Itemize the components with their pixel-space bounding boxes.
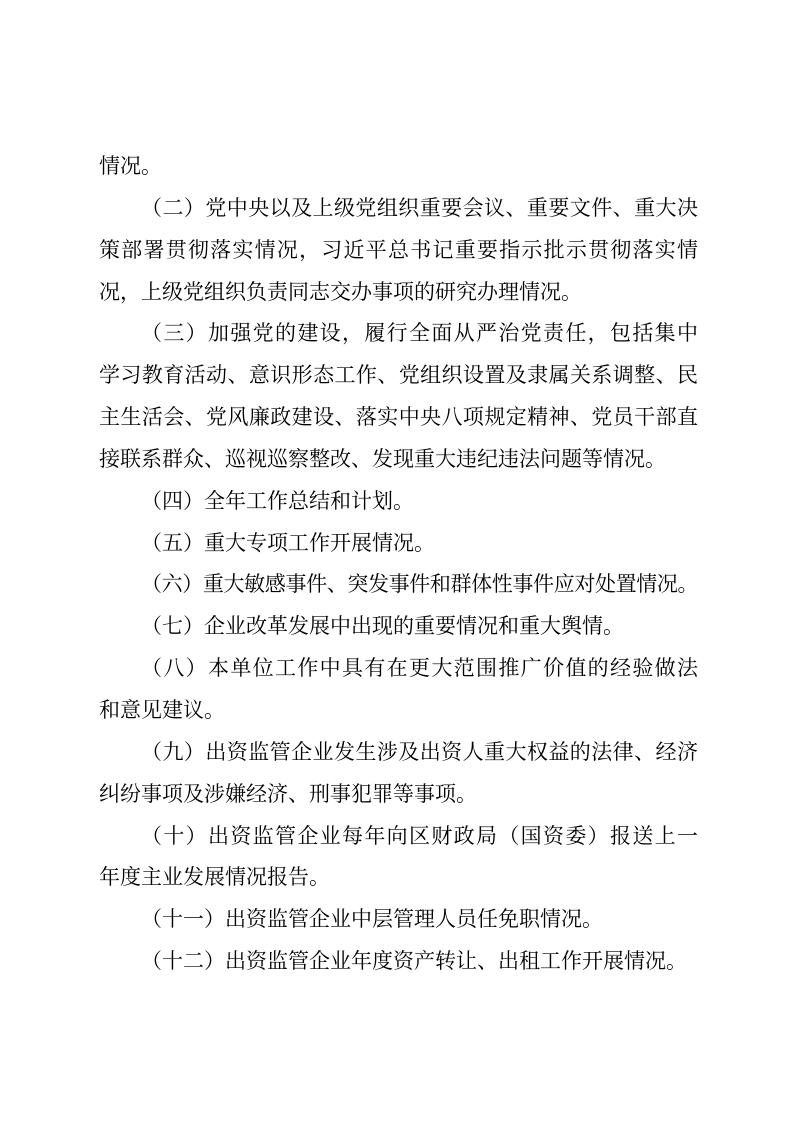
doc-line: （九）出资监管企业发生涉及出资人重大权益的法律、经济 bbox=[99, 732, 698, 774]
doc-line: 策部署贯彻落实情况，习近平总书记重要指示批示贯彻落实情 bbox=[99, 230, 698, 272]
doc-line: （四）全年工作总结和计划。 bbox=[99, 481, 698, 523]
doc-line: （十）出资监管企业每年向区财政局（国资委）报送上一 bbox=[99, 816, 698, 858]
doc-line: （二）党中央以及上级党组织重要会议、重要文件、重大决 bbox=[99, 188, 698, 230]
document-page: 情况。（二）党中央以及上级党组织重要会议、重要文件、重大决策部署贯彻落实情况，习… bbox=[0, 0, 793, 1122]
doc-line: 况，上级党组织负责同志交办事项的研究办理情况。 bbox=[99, 272, 698, 314]
doc-line: （八）本单位工作中具有在更大范围推广价值的经验做法 bbox=[99, 648, 698, 690]
doc-line: （十二）出资监管企业年度资产转让、出租工作开展情况。 bbox=[99, 941, 698, 983]
doc-line: （三）加强党的建设，履行全面从严治党责任，包括集中 bbox=[99, 313, 698, 355]
doc-line: 情况。 bbox=[99, 146, 698, 188]
doc-line: 和意见建议。 bbox=[99, 690, 698, 732]
doc-line: 年度主业发展情况报告。 bbox=[99, 857, 698, 899]
doc-line: （六）重大敏感事件、突发事件和群体性事件应对处置情况。 bbox=[99, 564, 698, 606]
doc-line: （十一）出资监管企业中层管理人员任免职情况。 bbox=[99, 899, 698, 941]
doc-line: （七）企业改革发展中出现的重要情况和重大舆情。 bbox=[99, 606, 698, 648]
doc-line: 学习教育活动、意识形态工作、党组织设置及隶属关系调整、民 bbox=[99, 355, 698, 397]
doc-line: （五）重大专项工作开展情况。 bbox=[99, 523, 698, 565]
document-body: 情况。（二）党中央以及上级党组织重要会议、重要文件、重大决策部署贯彻落实情况，习… bbox=[99, 146, 698, 983]
doc-line: 主生活会、党风廉政建设、落实中央八项规定精神、党员干部直 bbox=[99, 397, 698, 439]
doc-line: 接联系群众、巡视巡察整改、发现重大违纪违法问题等情况。 bbox=[99, 439, 698, 481]
doc-line: 纠纷事项及涉嫌经济、刑事犯罪等事项。 bbox=[99, 774, 698, 816]
